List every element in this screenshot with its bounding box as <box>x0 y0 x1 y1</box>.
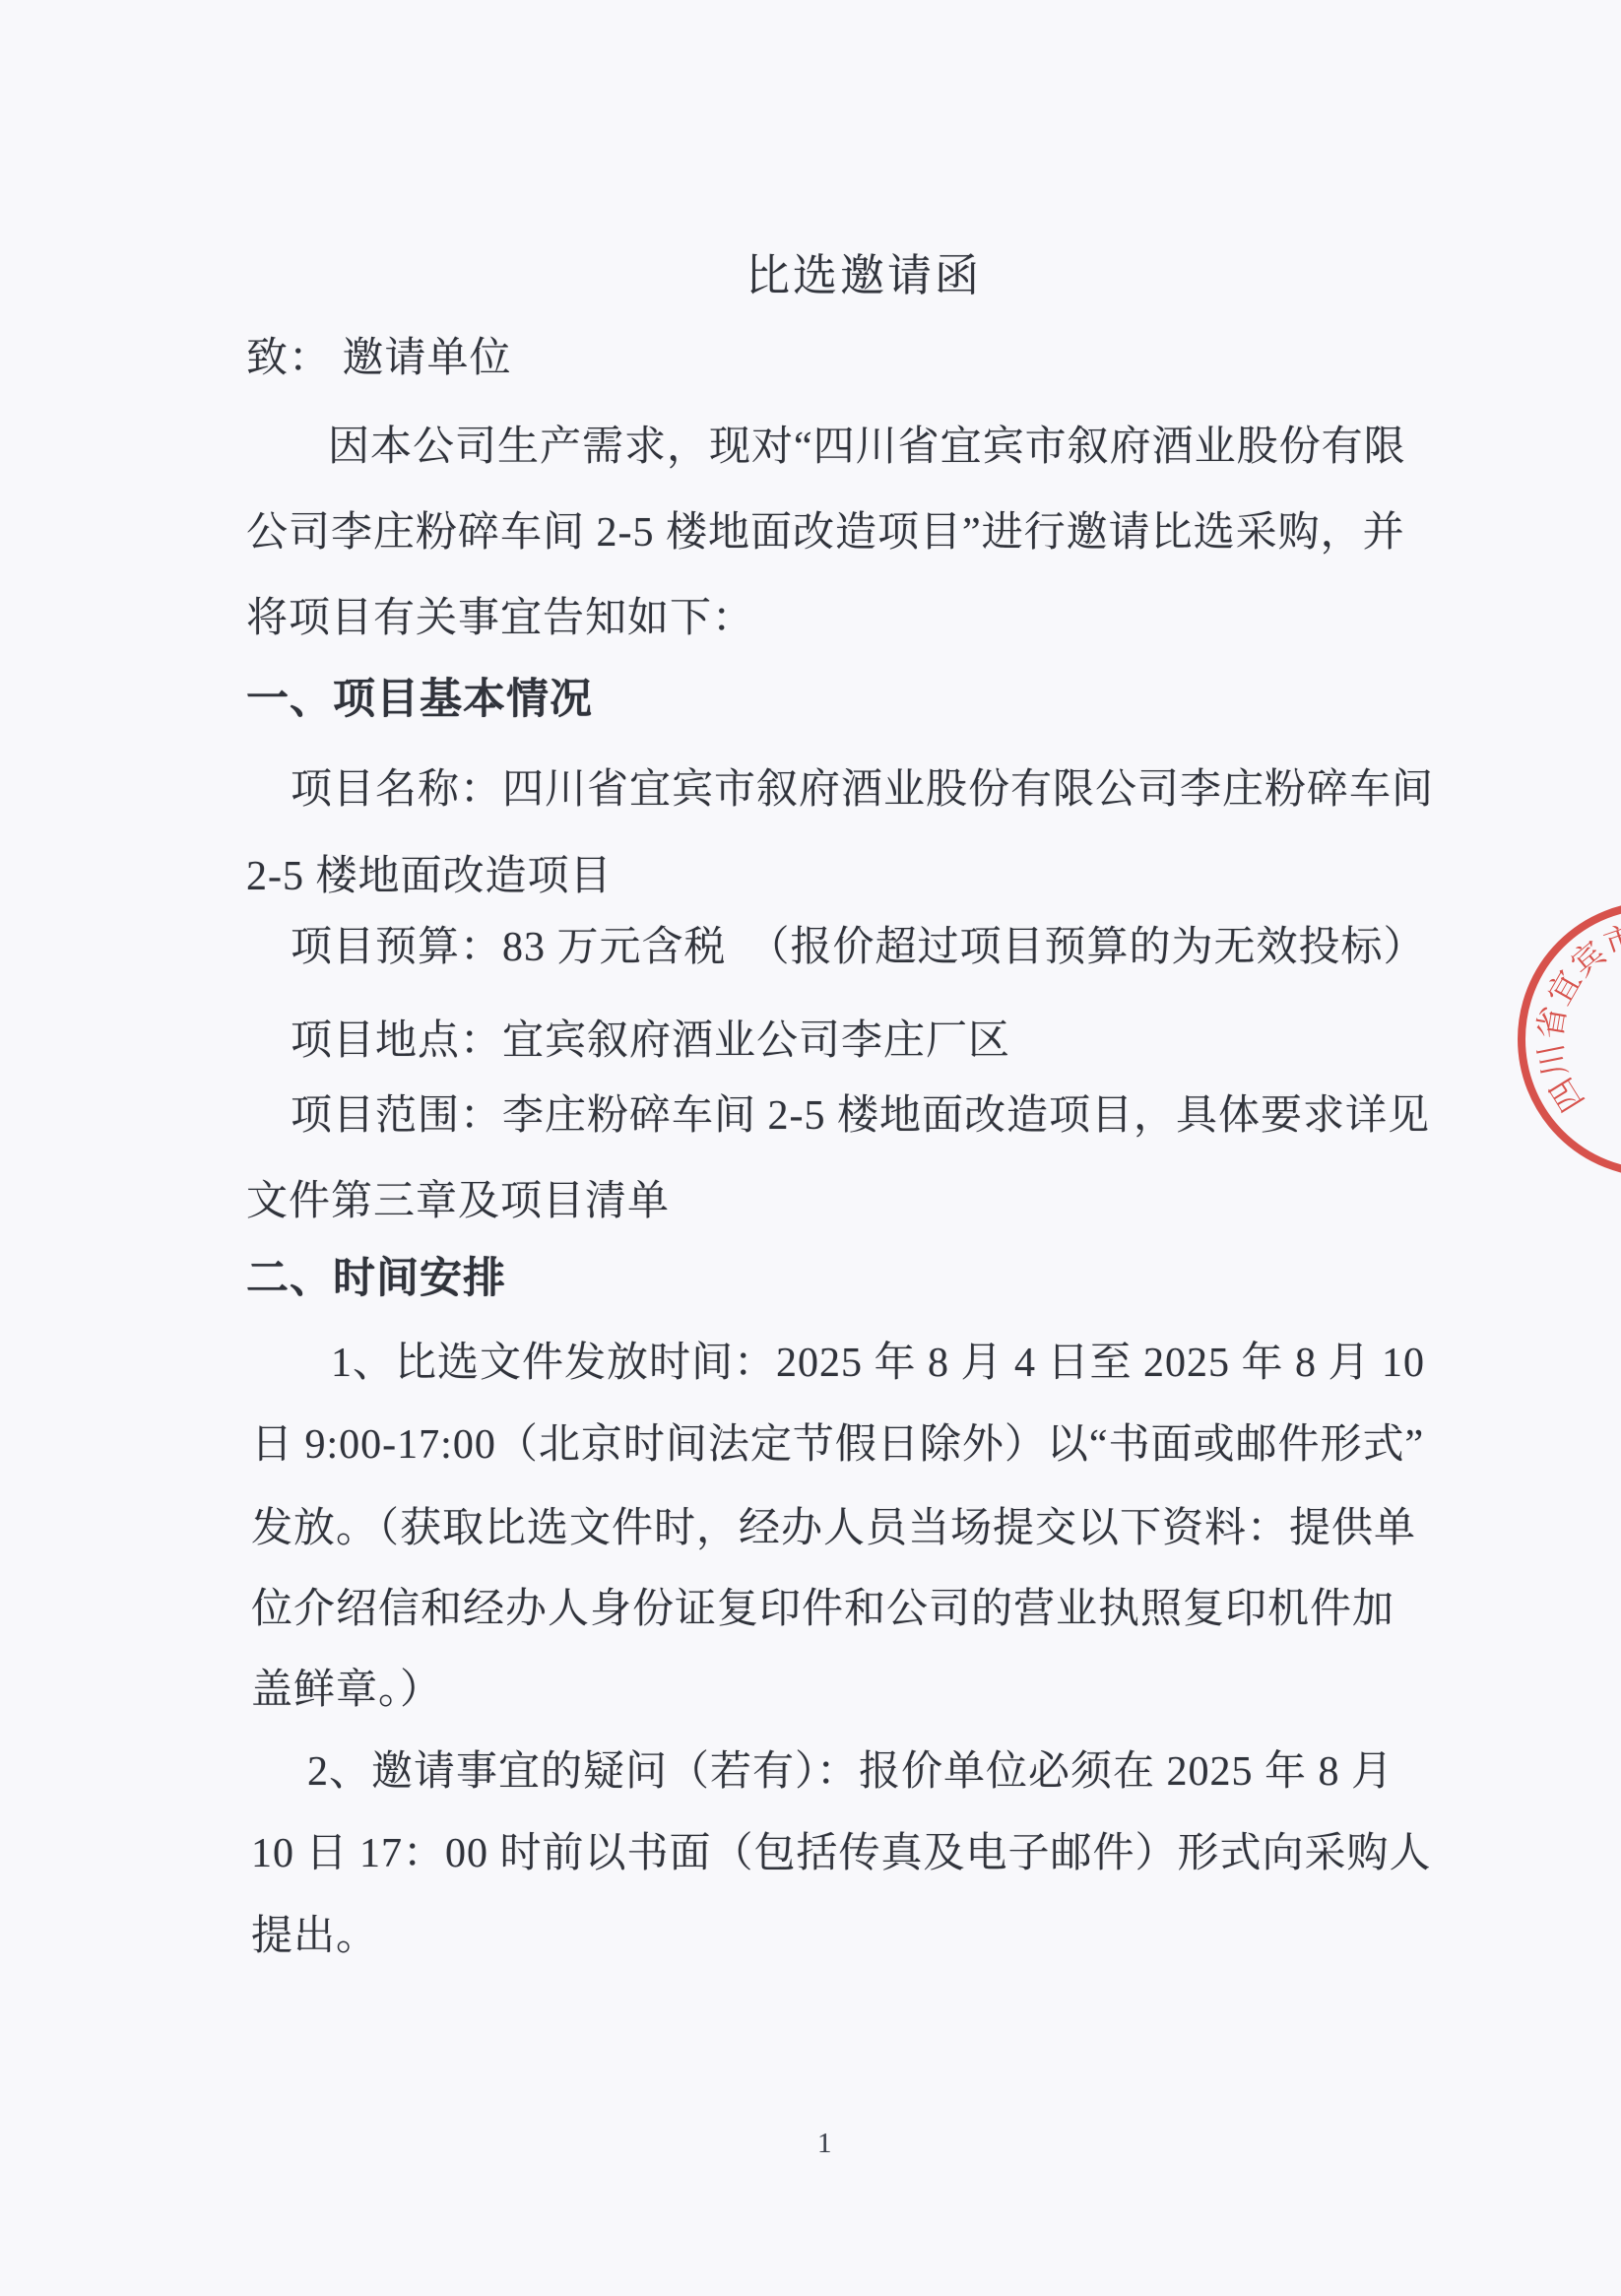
document-page: 比选邀请函 致： 邀请单位 因本公司生产需求，现对“四川省宜宾市叙府酒业股份有限… <box>0 0 1621 2296</box>
schedule-item-1-line-3: 发放。（获取比选文件时，经办人员当场提交以下资料：提供单 <box>251 1495 1416 1554</box>
seal-text: 四川省宜宾市叙府酒业股份有限公司 <box>0 0 1621 1148</box>
project-site-line: 项目地点：宜宾叙府酒业公司李庄厂区 <box>291 1008 1010 1067</box>
schedule-item-1-line-2: 日 9:00-17:00（北京时间法定节假日除外）以“书面或邮件形式” <box>251 1411 1424 1471</box>
schedule-item-2-line-3: 提出。 <box>251 1903 378 1962</box>
project-name-line-2: 2-5 楼地面改造项目 <box>246 843 613 902</box>
project-scope-line-1: 项目范围：李庄粉碎车间 2-5 楼地面改造项目，具体要求详见 <box>291 1082 1430 1142</box>
section-heading-2: 二、时间安排 <box>246 1245 506 1305</box>
schedule-item-1-line-5: 盖鲜章。） <box>251 1657 442 1716</box>
schedule-item-2-line-1: 2、邀请事宜的疑问（若有）：报价单位必须在 2025 年 8 月 <box>307 1738 1394 1798</box>
project-scope-line-2: 文件第三章及项目清单 <box>246 1168 670 1227</box>
document-title: 比选邀请函 <box>746 239 982 303</box>
intro-line-1: 因本公司生产需求，现对“四川省宜宾市叙府酒业股份有限 <box>328 414 1406 473</box>
section-heading-1: 一、项目基本情况 <box>246 666 593 726</box>
recipient-line: 致： 邀请单位 <box>246 325 512 384</box>
project-budget-line: 项目预算：83 万元含税 （报价超过项目预算的为无效投标） <box>291 914 1426 973</box>
project-name-line-1: 项目名称：四川省宜宾市叙府酒业股份有限公司李庄粉碎车间 <box>291 756 1434 816</box>
schedule-item-2-line-2: 10 日 17：00 时前以书面（包括传真及电子邮件）形式向采购人 <box>251 1820 1432 1879</box>
schedule-item-1-line-1: 1、比选文件发放时间：2025 年 8 月 4 日至 2025 年 8 月 10 <box>331 1330 1425 1389</box>
schedule-item-1-line-4: 位介绍信和经办人身份证复印件和公司的营业执照复印机件加 <box>251 1576 1394 1635</box>
company-seal: 四川省宜宾市叙府酒业股份有限公司 <box>0 0 1621 2296</box>
page-number: 1 <box>817 2128 832 2160</box>
intro-line-3: 将项目有关事宜告知如下： <box>246 585 754 644</box>
seal-ring <box>1522 905 1621 1173</box>
intro-line-2: 公司李庄粉碎车间 2-5 楼地面改造项目”进行邀请比选采购，并 <box>246 499 1405 558</box>
